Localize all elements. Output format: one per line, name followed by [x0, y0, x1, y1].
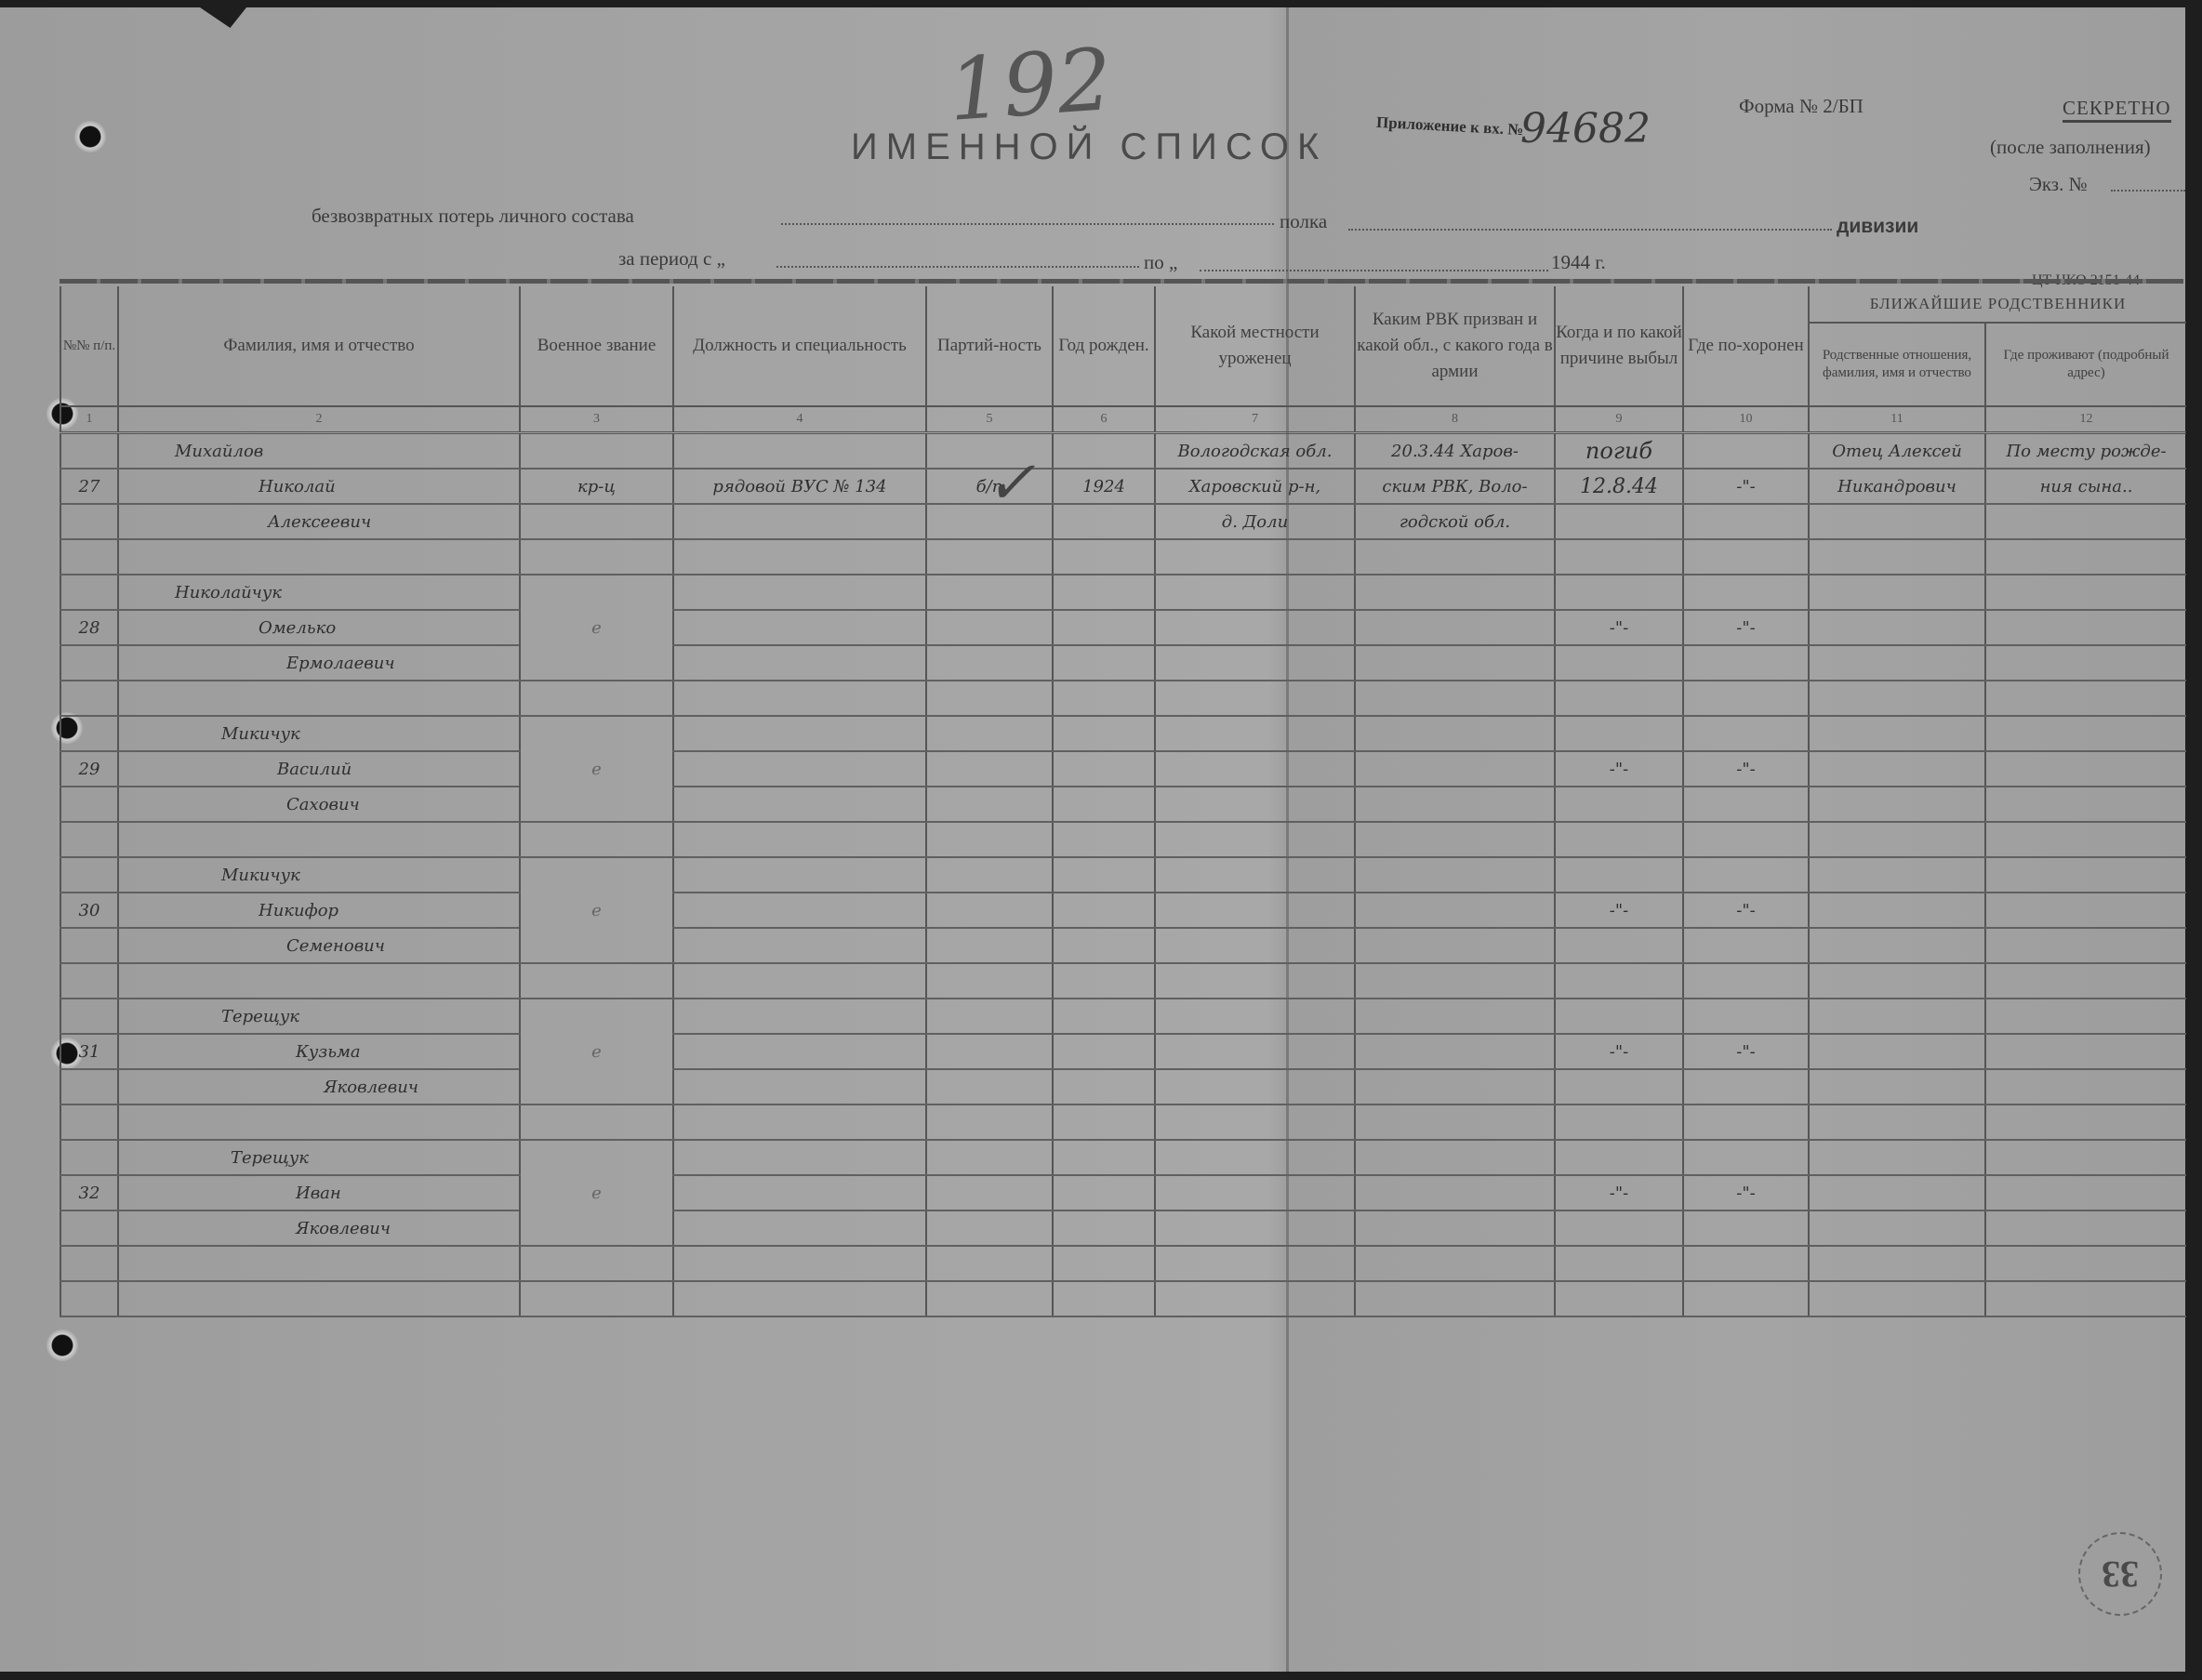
surname: Терещук [118, 1140, 520, 1175]
buried: -"- [1683, 751, 1809, 787]
rvk-line: ским РВК, Воло- [1355, 469, 1555, 504]
torn-notch [200, 7, 246, 28]
period-to-field [1200, 270, 1548, 271]
table-row: 31Кузьма-"--"- [60, 1034, 2186, 1069]
table-row: Сахович [60, 787, 2186, 822]
col-header-rank: Военное звание [520, 286, 673, 406]
first-name: Николай [118, 469, 520, 504]
table-row: Микичукe [60, 857, 2186, 893]
patronymic: Сахович [118, 787, 520, 822]
table-row: 27 Николай кр-ц рядовой ВУС № 134 б/п 19… [60, 469, 2186, 504]
patronymic: Яковлевич [118, 1210, 520, 1246]
col-number: 12 [1985, 406, 2186, 433]
losses-table: №№ п/п. Фамилия, имя и отчество Военное … [60, 286, 2186, 1317]
table-row: Яковлевич [60, 1210, 2186, 1246]
form-number: Форма № 2/БП [1739, 95, 1864, 118]
column-number-row: 1 2 3 4 5 6 7 8 9 10 11 12 [60, 406, 2186, 433]
regiment-label: полка [1280, 210, 1327, 233]
birthplace-line: д. Доли [1155, 504, 1355, 539]
row-number: 28 [60, 610, 118, 645]
buried: -"- [1683, 1034, 1809, 1069]
left-reason: -"- [1555, 610, 1683, 645]
check-mark-icon: ✓ [986, 449, 1036, 518]
col-header-position: Должность и специальность [673, 286, 926, 406]
division-label: дивизии [1837, 216, 1918, 238]
incoming-number: 94682 [1520, 105, 1651, 152]
patronymic: Алексеевич [118, 504, 520, 539]
col-header-name: Фамилия, имя и отчество [118, 286, 520, 406]
table-row: Семенович [60, 928, 2186, 963]
col-header-buried: Где по-хоронен [1683, 286, 1809, 406]
relative-line: Отец Алексей [1809, 433, 1985, 470]
col-number: 9 [1555, 406, 1683, 433]
buried: -"- [1683, 893, 1809, 928]
row-number: 27 [60, 469, 118, 504]
table-row: Николайчукe [60, 575, 2186, 610]
left-reason: -"- [1555, 1175, 1683, 1210]
regiment-field [781, 223, 1274, 225]
first-name: Омелько [118, 610, 520, 645]
period-to-label: по „ [1144, 251, 1177, 274]
period-year: 1944 г. [1551, 251, 1606, 274]
col-number: 10 [1683, 406, 1809, 433]
left-reason: -"- [1555, 1034, 1683, 1069]
col-number: 5 [926, 406, 1053, 433]
document-title: ИМЕННОЙ СПИСОК [851, 126, 1327, 168]
relative-line: Никандрович [1809, 469, 1985, 504]
first-name: Кузьма [118, 1034, 520, 1069]
ditto-mark: e [520, 575, 673, 681]
col-number: 6 [1053, 406, 1155, 433]
punch-hole-icon [74, 121, 106, 152]
col-header-birthplace: Какой местности уроженец [1155, 286, 1355, 406]
col-header-rvk: Каким РВК призван и какой обл., с какого… [1355, 286, 1555, 406]
subtitle: безвозвратных потерь личного состава [312, 205, 634, 228]
left-reason: -"- [1555, 751, 1683, 787]
ditto-mark: e [520, 999, 673, 1105]
after-filling-label: (после заполнения) [1990, 136, 2151, 159]
punch-hole-icon [46, 1329, 78, 1361]
row-number: 31 [60, 1034, 118, 1069]
period-from-field [776, 266, 1139, 268]
period-from-label: за период с „ [618, 247, 725, 271]
first-name: Иван [118, 1175, 520, 1210]
table-row: Алексеевич д. Доли годской обл. [60, 504, 2186, 539]
first-name: Василий [118, 751, 520, 787]
document-sheet: 192 ИМЕННОЙ СПИСОК Приложение к вх. № 94… [0, 7, 2185, 1672]
table-row: 28Омелько-"--"- [60, 610, 2186, 645]
buried: -"- [1683, 1175, 1809, 1210]
patronymic: Яковлевич [118, 1069, 520, 1105]
table-row: Михайлов Вологодская обл. 20.3.44 Харов-… [60, 433, 2186, 470]
table-row: Яковлевич [60, 1069, 2186, 1105]
col-header-left: Когда и по какой причине выбыл [1555, 286, 1683, 406]
table-row: Микичукe [60, 716, 2186, 751]
surname: Микичук [118, 716, 520, 751]
col-number: 7 [1155, 406, 1355, 433]
buried: -"- [1683, 610, 1809, 645]
table-row: Ермолаевич [60, 645, 2186, 681]
patronymic: Ермолаевич [118, 645, 520, 681]
first-name: Никифор [118, 893, 520, 928]
buried: -"- [1683, 469, 1809, 504]
handwritten-number: 192 [945, 30, 1115, 140]
ditto-mark: e [520, 857, 673, 963]
birthplace-line: Вологодская обл. [1155, 433, 1355, 470]
table-row: 30Никифор-"--"- [60, 893, 2186, 928]
copy-number-field [2111, 190, 2185, 192]
table-row: Терещукe [60, 1140, 2186, 1175]
col-number: 11 [1809, 406, 1985, 433]
table-row: 32Иван-"--"- [60, 1175, 2186, 1210]
secret-label: СЕКРЕТНО [2063, 97, 2171, 123]
col-header-party: Партий-ность [926, 286, 1053, 406]
col-number: 1 [60, 406, 118, 433]
table-row: Терещукe [60, 999, 2186, 1034]
header-rule [60, 279, 2183, 284]
division-field [1348, 229, 1832, 231]
surname: Михайлов [118, 433, 520, 470]
left-reason: -"- [1555, 893, 1683, 928]
birthplace-line: Харовский р-н, [1155, 469, 1355, 504]
col-number: 2 [118, 406, 520, 433]
rvk-line: 20.3.44 Харов- [1355, 433, 1555, 470]
page-number-stamp: 33 [2078, 1532, 2162, 1616]
col-header-relatives: БЛИЖАЙШИЕ РОДСТВЕННИКИ [1809, 286, 2186, 323]
col-header-birth-year: Год рожден. [1053, 286, 1155, 406]
rvk-line: годской обл. [1355, 504, 1555, 539]
col-header-address: Где проживают (подробный адрес) [1985, 323, 2186, 406]
header-row: №№ п/п. Фамилия, имя и отчество Военное … [60, 286, 2186, 323]
row-number: 32 [60, 1175, 118, 1210]
birth-year: 1924 [1053, 469, 1155, 504]
row-number: 29 [60, 751, 118, 787]
left-reason: погиб [1555, 433, 1683, 470]
col-number: 3 [520, 406, 673, 433]
rank: кр-ц [520, 469, 673, 504]
col-number: 8 [1355, 406, 1555, 433]
col-header-number: №№ п/п. [60, 286, 118, 406]
copy-number-label: Экз. № [2029, 173, 2088, 196]
surname: Терещук [118, 999, 520, 1034]
surname: Микичук [118, 857, 520, 893]
position: рядовой ВУС № 134 [673, 469, 926, 504]
address-line: ния сына.. [1985, 469, 2186, 504]
ditto-mark: e [520, 1140, 673, 1246]
patronymic: Семенович [118, 928, 520, 963]
incoming-stamp: Приложение к вх. № [1376, 113, 1524, 139]
address-line: По месту рожде- [1985, 433, 2186, 470]
left-date: 12.8.44 [1555, 469, 1683, 504]
col-header-relative-name: Родственные отношения, фамилия, имя и от… [1809, 323, 1985, 406]
ditto-mark: e [520, 716, 673, 822]
col-number: 4 [673, 406, 926, 433]
surname: Николайчук [118, 575, 520, 610]
table-row: 29Василий-"--"- [60, 751, 2186, 787]
row-number: 30 [60, 893, 118, 928]
